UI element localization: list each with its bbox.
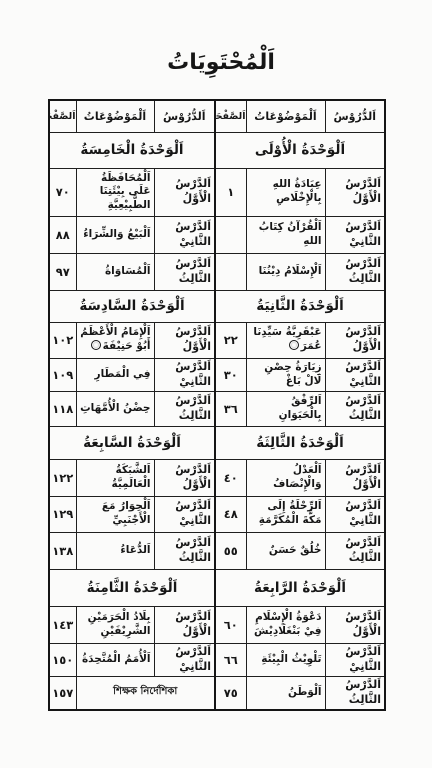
topic-cell: فِي الْمَطَارِ <box>76 358 154 391</box>
topic-cell: اَلْمُحَافَظَةُ عَلَى بِيْئَتِنَا الطَّب… <box>76 168 154 216</box>
page-cell: ٣٦ <box>215 391 246 426</box>
topic-cell: اَلْإِسْلَامُ دِيْنُنَا <box>246 253 325 290</box>
page-cell: ٧٠ <box>49 168 76 216</box>
page-cell: ١٣٨ <box>49 532 76 569</box>
page-cell: ١٢٢ <box>49 459 76 496</box>
lesson-cell: اَلدَّرْسُ الثَّالِثُ <box>154 532 215 569</box>
lesson-cell: اَلدَّرْسُ الثَّانِيْ <box>154 496 215 532</box>
scanned-contents-page: اَلْمُحْتَوِيَاتُ اَلدُّرُوْسُ اَلْمَوْض… <box>0 0 432 768</box>
unit-3-title: اَلْوَحْدَةُ الثَّالِثَةُ <box>215 426 385 459</box>
unit-6-title: اَلْوَحْدَةُ السَّادِسَةُ <box>49 290 215 322</box>
topic-text: عَبْقَرِيَّةُ سَيِّدِنَا عُمَرَ <box>253 326 321 352</box>
table-row: اَلدَّرْسُ الثَّانِيْ اَلْقُرْآنُ كِتَاب… <box>49 216 385 253</box>
lesson-cell: اَلدَّرْسُ الثَّالِثُ <box>325 391 385 426</box>
page-cell <box>215 216 246 253</box>
topic-cell: اَلْبَيْعُ وَالشِّرَاءُ <box>76 216 154 253</box>
lesson-cell: اَلدَّرْسُ الْأَوَّلُ <box>154 168 215 216</box>
topic-cell: اَلْوَطَنُ <box>246 676 325 710</box>
page-cell <box>215 253 246 290</box>
contents-table: اَلدُّرُوْسُ اَلْمَوْضُوْعَاتُ اَلصَّفْح… <box>48 99 384 711</box>
unit-header-row: اَلْوَحْدَةُ الرَّابِعَةُ اَلْوَحْدَةُ ا… <box>49 569 385 606</box>
table-row: اَلدَّرْسُ الثَّالِثُ اَلرِّفْقُ بِالْحَ… <box>49 391 385 426</box>
radi-allahu-anhu-symbol <box>289 340 299 350</box>
page-title: اَلْمُحْتَوِيَاتُ <box>167 50 275 75</box>
topic-cell: بِلَادُ الْحَرَمَيْنِ الشَّرِيْفَيْنِ <box>76 606 154 643</box>
lesson-cell: اَلدَّرْسُ الثَّانِيْ <box>154 643 215 676</box>
unit-1-title: اَلْوَحْدَةُ الْأُوْلَى <box>215 132 385 168</box>
lesson-cell: اَلدَّرْسُ الْأَوَّلُ <box>325 606 385 643</box>
lesson-cell: اَلدَّرْسُ الثَّالِثُ <box>154 253 215 290</box>
lesson-cell: اَلدَّرْسُ الْأَوَّلُ <box>154 606 215 643</box>
page-cell: ١٢٩ <box>49 496 76 532</box>
rahimahullah-symbol <box>91 340 101 350</box>
lesson-cell: اَلدَّرْسُ الثَّانِيْ <box>154 216 215 253</box>
page-cell: ٤٠ <box>215 459 246 496</box>
lesson-cell: اَلدَّرْسُ الْأَوَّلُ <box>325 168 385 216</box>
page-cell: ٦٠ <box>215 606 246 643</box>
table-row: اَلدَّرْسُ الْأَوَّلُ اَلْعَدْلُ وَالْإِ… <box>49 459 385 496</box>
unit-2-title: اَلْوَحْدَةُ الثَّانِيَةُ <box>215 290 385 322</box>
header-page-right: اَلصَّفْحَةُ <box>215 100 246 132</box>
topic-cell: اَلْحِوَارُ مَعَ الْأَجْنَبِيِّ <box>76 496 154 532</box>
lesson-cell: اَلدَّرْسُ الثَّانِيْ <box>325 496 385 532</box>
lesson-cell: اَلدَّرْسُ الْأَوَّلُ <box>325 459 385 496</box>
topic-text: اَلْإِمَامُ الْأَعْظَمُ أَبُوْ حَنِيْفَة… <box>80 326 150 352</box>
page-cell: ٥٥ <box>215 532 246 569</box>
table-row: اَلدَّرْسُ الثَّانِيْ اَلرِّحْلَةُ إِلَى… <box>49 496 385 532</box>
lesson-cell: اَلدَّرْسُ الْأَوَّلُ <box>154 459 215 496</box>
topic-cell: عِبَادَةُ اللهِ بِالْإِخْلَاصِ <box>246 168 325 216</box>
page-cell: ١٠٩ <box>49 358 76 391</box>
page-cell: ٤٨ <box>215 496 246 532</box>
page-cell: ٣٠ <box>215 358 246 391</box>
lesson-cell: اَلدَّرْسُ الثَّالِثُ <box>325 532 385 569</box>
unit-header-row: اَلْوَحْدَةُ الْأُوْلَى اَلْوَحْدَةُ الْ… <box>49 132 385 168</box>
header-topics-left: اَلْمَوْضُوْعَاتُ <box>76 100 154 132</box>
page-cell: ٢٢ <box>215 322 246 358</box>
lesson-cell: اَلدَّرْسُ الثَّانِيْ <box>325 643 385 676</box>
page-cell: ١٥٠ <box>49 643 76 676</box>
topic-cell: اَلْعَدْلُ وَالْإِنْصَافُ <box>246 459 325 496</box>
topic-cell: عَبْقَرِيَّةُ سَيِّدِنَا عُمَرَ <box>246 322 325 358</box>
table-row: اَلدَّرْسُ الثَّانِيْ تَلْوِيْثُ الْبِيْ… <box>49 643 385 676</box>
unit-header-row: اَلْوَحْدَةُ الثَّالِثَةُ اَلْوَحْدَةُ ا… <box>49 426 385 459</box>
topic-cell: حِضْنُ الْأُمَّهَاتِ <box>76 391 154 426</box>
lesson-cell: اَلدَّرْسُ الثَّانِيْ <box>325 216 385 253</box>
page-cell: ١١٨ <box>49 391 76 426</box>
unit-7-title: اَلْوَحْدَةُ السَّابِعَةُ <box>49 426 215 459</box>
page-cell: ١٥٧ <box>49 676 76 710</box>
table-row: اَلدَّرْسُ الثَّانِيْ زِيَارَةُ حِصْنِ ل… <box>49 358 385 391</box>
unit-4-title: اَلْوَحْدَةُ الرَّابِعَةُ <box>215 569 385 606</box>
topic-cell: خُلُقٌ حَسَنٌ <box>246 532 325 569</box>
table-row: اَلدَّرْسُ الثَّالِثُ خُلُقٌ حَسَنٌ ٥٥ ا… <box>49 532 385 569</box>
page-cell: ١٠٢ <box>49 322 76 358</box>
page-cell: ٧٥ <box>215 676 246 710</box>
page-cell: ٨٨ <box>49 216 76 253</box>
unit-header-row: اَلْوَحْدَةُ الثَّانِيَةُ اَلْوَحْدَةُ ا… <box>49 290 385 322</box>
topic-cell: اَلرِّفْقُ بِالْحَيَوَانِ <box>246 391 325 426</box>
lesson-cell: اَلدَّرْسُ الثَّانِيْ <box>154 358 215 391</box>
topic-cell: اَلْإِمَامُ الْأَعْظَمُ أَبُوْ حَنِيْفَة… <box>76 322 154 358</box>
table-row: اَلدَّرْسُ الْأَوَّلُ عَبْقَرِيَّةُ سَيِ… <box>49 322 385 358</box>
topic-cell: اَلرِّحْلَةُ إِلَى مَكَّةَ الْمُكَرَّمَة… <box>246 496 325 532</box>
lesson-cell: اَلدَّرْسُ الْأَوَّلُ <box>154 322 215 358</box>
header-page-left: اَلصَّفْحَةُ <box>49 100 76 132</box>
lesson-cell: اَلدَّرْسُ الثَّانِيْ <box>325 358 385 391</box>
topic-cell: اَلْقُرْآنُ كِتَابُ اللهِ <box>246 216 325 253</box>
page-cell: ٩٧ <box>49 253 76 290</box>
topic-cell: تَلْوِيْثُ الْبِيْئَةِ <box>246 643 325 676</box>
topic-cell: اَلْمُسَاوَاةُ <box>76 253 154 290</box>
table-row: اَلدَّرْسُ الْأَوَّلُ عِبَادَةُ اللهِ بِ… <box>49 168 385 216</box>
header-lessons-right: اَلدُّرُوْسُ <box>325 100 385 132</box>
table-row: اَلدَّرْسُ الْأَوَّلُ دَعْوَةُ الْإِسْلَ… <box>49 606 385 643</box>
lesson-cell: اَلدَّرْسُ الثَّالِثُ <box>325 253 385 290</box>
lesson-cell: اَلدَّرْسُ الثَّالِثُ <box>154 391 215 426</box>
header-lessons-left: اَلدُّرُوْسُ <box>154 100 215 132</box>
page-cell: ١٤٣ <box>49 606 76 643</box>
toc-table: اَلدُّرُوْسُ اَلْمَوْضُوْعَاتُ اَلصَّفْح… <box>48 99 386 711</box>
topic-cell: اَلشَّبَكَةُ الْعَالَمِيَّةُ <box>76 459 154 496</box>
topic-cell: اَلْأُمَمُ الْمُتَّحِدَةُ <box>76 643 154 676</box>
page-cell: ٦٦ <box>215 643 246 676</box>
lesson-cell: اَلدَّرْسُ الْأَوَّلُ <box>325 322 385 358</box>
lesson-cell: اَلدَّرْسُ الثَّالِثُ <box>325 676 385 710</box>
topic-cell: دَعْوَةُ الْإِسْلَامِ فِيْ بَنْغَلَادِيْ… <box>246 606 325 643</box>
unit-8-title: اَلْوَحْدَةُ الثَّامِنَةُ <box>49 569 215 606</box>
table-header-row: اَلدُّرُوْسُ اَلْمَوْضُوْعَاتُ اَلصَّفْح… <box>49 100 385 132</box>
header-topics-right: اَلْمَوْضُوْعَاتُ <box>246 100 325 132</box>
table-row: اَلدَّرْسُ الثَّالِثُ اَلْوَطَنُ ٧٥ শিক্… <box>49 676 385 710</box>
topic-cell: اَلدُّعَاءُ <box>76 532 154 569</box>
table-row: اَلدَّرْسُ الثَّالِثُ اَلْإِسْلَامُ دِيْ… <box>49 253 385 290</box>
unit-5-title: اَلْوَحْدَةُ الْخَامِسَةُ <box>49 132 215 168</box>
topic-cell: زِيَارَةُ حِصْنِ لَالْ بَاغْ <box>246 358 325 391</box>
teacher-guide-cell: শিক্ষক নির্দেশিকা <box>76 676 215 710</box>
page-cell: ١ <box>215 168 246 216</box>
